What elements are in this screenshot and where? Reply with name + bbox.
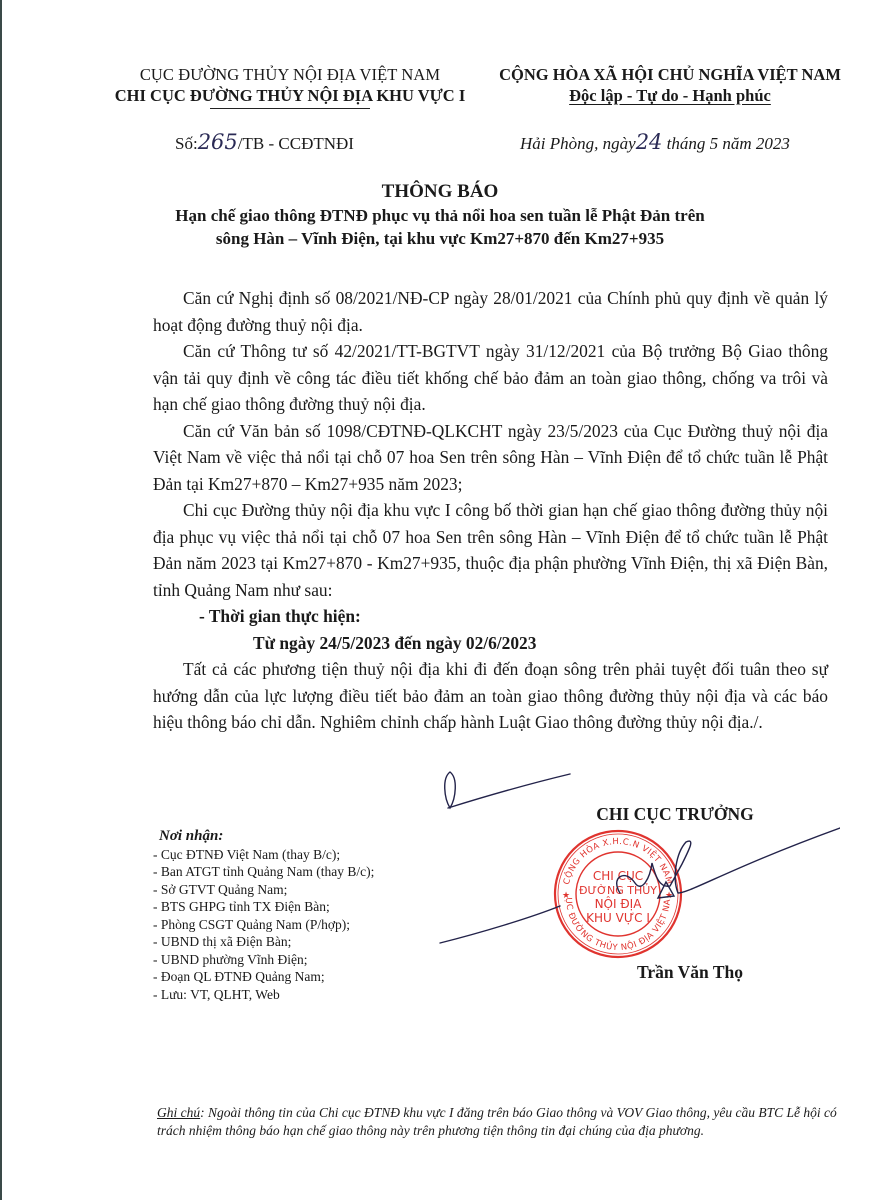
national-motto: Độc lập - Tự do - Hạnh phúc (470, 85, 870, 106)
agency-underline (210, 108, 370, 109)
handwritten-signature-icon (420, 768, 840, 968)
footnote-text: : Ngoài thông tin của Chi cục ĐTNĐ khu v… (157, 1105, 837, 1138)
parent-agency: CỤC ĐƯỜNG THỦY NỘI ĐỊA VIỆT NAM (100, 64, 480, 85)
document-body: Căn cứ Nghị định số 08/2021/NĐ-CP ngày 2… (153, 285, 828, 736)
handwritten-day: 24 (636, 130, 663, 154)
footnote-label: Ghi chú (157, 1105, 200, 1120)
time-period: Từ ngày 24/5/2023 đến ngày 02/6/2023 (153, 630, 828, 657)
legal-basis-3: Căn cứ Văn bản số 1098/CĐTNĐ-QLKCHT ngày… (153, 418, 828, 498)
document-subtitle-1: Hạn chế giao thông ĐTNĐ phục vụ thả nổi … (120, 204, 760, 227)
handwritten-number: 265 (198, 130, 238, 154)
document-date: Hải Phòng, ngày24 tháng 5 năm 2023 (520, 130, 790, 154)
footnote: Ghi chú: Ngoài thông tin của Chi cục ĐTN… (157, 1104, 847, 1140)
national-heading-block: CỘNG HÒA XÃ HỘI CHỦ NGHĨA VIỆT NAM Độc l… (470, 64, 870, 106)
issuing-agency: CHI CỤC ĐƯỜNG THỦY NỘI ĐỊA KHU VỰC I (100, 85, 480, 106)
scan-edge (0, 0, 2, 1200)
document-number: Số:265/TB - CCĐTNĐI (175, 130, 354, 154)
recipient-item: - Đoạn QL ĐTNĐ Quảng Nam; (153, 968, 483, 986)
document-title: THÔNG BÁO (120, 180, 760, 204)
signer-name: Trần Văn Thọ (590, 962, 790, 983)
legal-basis-2: Căn cứ Thông tư số 42/2021/TT-BGTVT ngày… (153, 338, 828, 418)
document-subtitle-2: sông Hàn – Vĩnh Điện, tại khu vực Km27+8… (120, 227, 760, 250)
country-name: CỘNG HÒA XÃ HỘI CHỦ NGHĨA VIỆT NAM (470, 64, 870, 85)
compliance-paragraph: Tất cả các phương tiện thuỷ nội địa khi … (153, 656, 828, 736)
legal-basis-1: Căn cứ Nghị định số 08/2021/NĐ-CP ngày 2… (153, 285, 828, 338)
time-label: - Thời gian thực hiện: (153, 603, 828, 630)
issuing-agency-block: CỤC ĐƯỜNG THỦY NỘI ĐỊA VIỆT NAM CHI CỤC … (100, 64, 480, 109)
announcement-paragraph: Chi cục Đường thủy nội địa khu vực I côn… (153, 497, 828, 603)
document-title-block: THÔNG BÁO Hạn chế giao thông ĐTNĐ phục v… (120, 180, 760, 250)
recipient-item: - Lưu: VT, QLHT, Web (153, 986, 483, 1004)
